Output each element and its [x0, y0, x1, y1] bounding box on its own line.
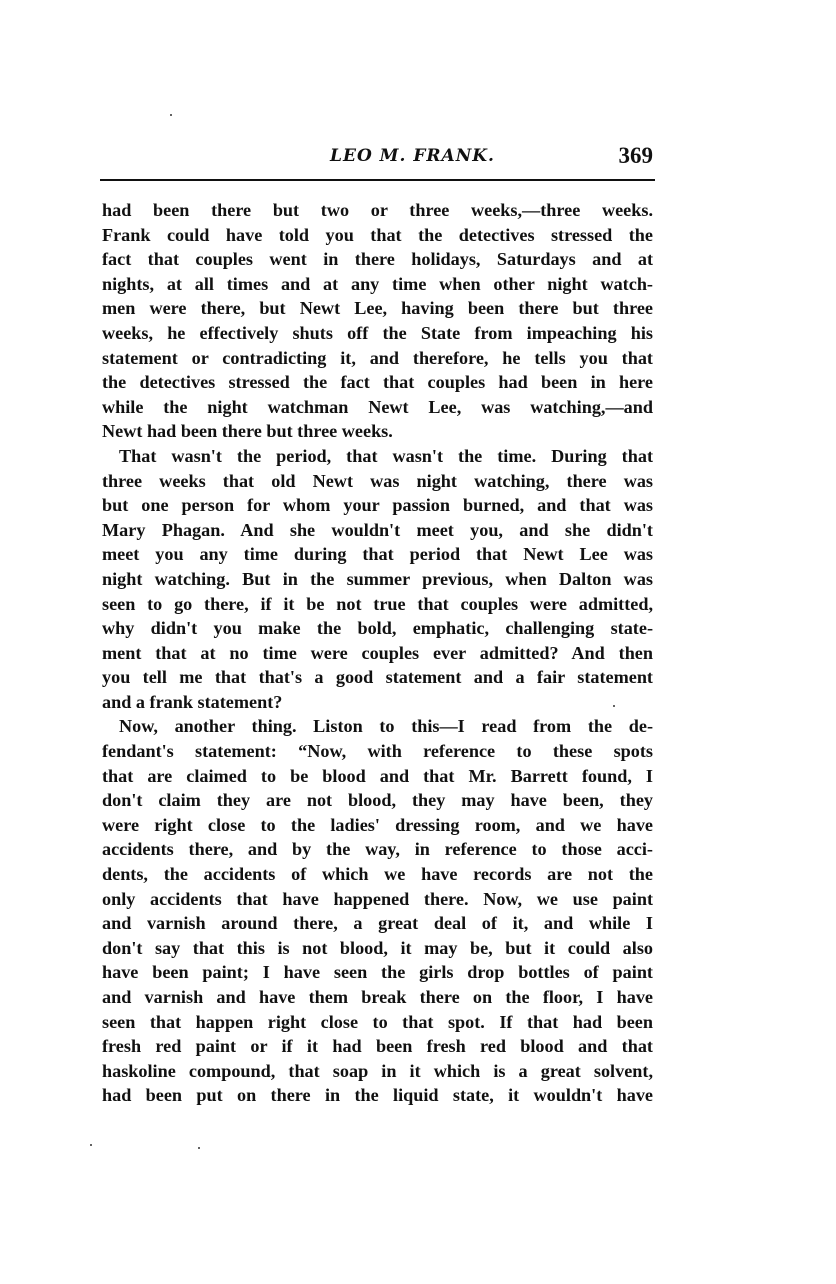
text-line: meet you any time during that period tha…: [102, 542, 653, 567]
header-rule: [100, 179, 655, 181]
text-line: Now, another thing. Liston to this—I rea…: [102, 714, 653, 739]
scan-speck: [198, 1147, 200, 1149]
text-line: men were there, but Newt Lee, having bee…: [102, 296, 653, 321]
text-line: Frank could have told you that the detec…: [102, 223, 653, 248]
text-line: have been paint; I have seen the girls d…: [102, 960, 653, 985]
text-line: accidents there, and by the way, in refe…: [102, 837, 653, 862]
text-line: fresh red paint or if it had been fresh …: [102, 1034, 653, 1059]
text-line: only accidents that have happened there.…: [102, 887, 653, 912]
text-line: ment that at no time were couples ever a…: [102, 641, 653, 666]
paragraph-1: had been there but two or three weeks,—t…: [102, 198, 653, 444]
text-line: seen to go there, if it be not true that…: [102, 592, 653, 617]
text-line: had been put on there in the liquid stat…: [102, 1083, 653, 1108]
running-head: LEO M. FRANK. 369: [102, 146, 653, 176]
text-line: That wasn't the period, that wasn't the …: [102, 444, 653, 469]
paragraph-2: That wasn't the period, that wasn't the …: [102, 444, 653, 715]
text-line: weeks, he effectively shuts off the Stat…: [102, 321, 653, 346]
text-line: while the night watchman Newt Lee, was w…: [102, 395, 653, 420]
text-line: Mary Phagan. And she wouldn't meet you, …: [102, 518, 653, 543]
paragraph-3: Now, another thing. Liston to this—I rea…: [102, 714, 653, 1108]
text-line: Newt had been there but three weeks.: [102, 419, 653, 444]
text-line: and a frank statement?: [102, 690, 653, 715]
body-text: had been there but two or three weeks,—t…: [102, 198, 653, 1108]
page-number: 369: [619, 143, 654, 169]
text-line: dents, the accidents of which we have re…: [102, 862, 653, 887]
text-line: but one person for whom your passion bur…: [102, 493, 653, 518]
text-line: the detectives stressed the fact that co…: [102, 370, 653, 395]
text-line: haskoline compound, that soap in it whic…: [102, 1059, 653, 1084]
text-line: night watching. But in the summer previo…: [102, 567, 653, 592]
text-line: fendant's statement: “Now, with referenc…: [102, 739, 653, 764]
text-line: and varnish around there, a great deal o…: [102, 911, 653, 936]
text-line: don't say that this is not blood, it may…: [102, 936, 653, 961]
book-page: LEO M. FRANK. 369 had been there but two…: [102, 146, 653, 1108]
scan-speck: [90, 1144, 92, 1146]
text-line: statement or contradicting it, and there…: [102, 346, 653, 371]
text-line: fact that couples went in there holidays…: [102, 247, 653, 272]
text-line: seen that happen right close to that spo…: [102, 1010, 653, 1035]
scan-speck: [613, 705, 615, 707]
scan-speck: [170, 114, 172, 116]
text-line: and varnish and have them break there on…: [102, 985, 653, 1010]
text-line: nights, at all times and at any time whe…: [102, 272, 653, 297]
text-line: you tell me that that's a good statement…: [102, 665, 653, 690]
text-line: had been there but two or three weeks,—t…: [102, 198, 653, 223]
text-line: were right close to the ladies' dressing…: [102, 813, 653, 838]
text-line: don't claim they are not blood, they may…: [102, 788, 653, 813]
running-title: LEO M. FRANK.: [102, 146, 653, 166]
text-line: why didn't you make the bold, emphatic, …: [102, 616, 653, 641]
text-line: that are claimed to be blood and that Mr…: [102, 764, 653, 789]
text-line: three weeks that old Newt was night watc…: [102, 469, 653, 494]
